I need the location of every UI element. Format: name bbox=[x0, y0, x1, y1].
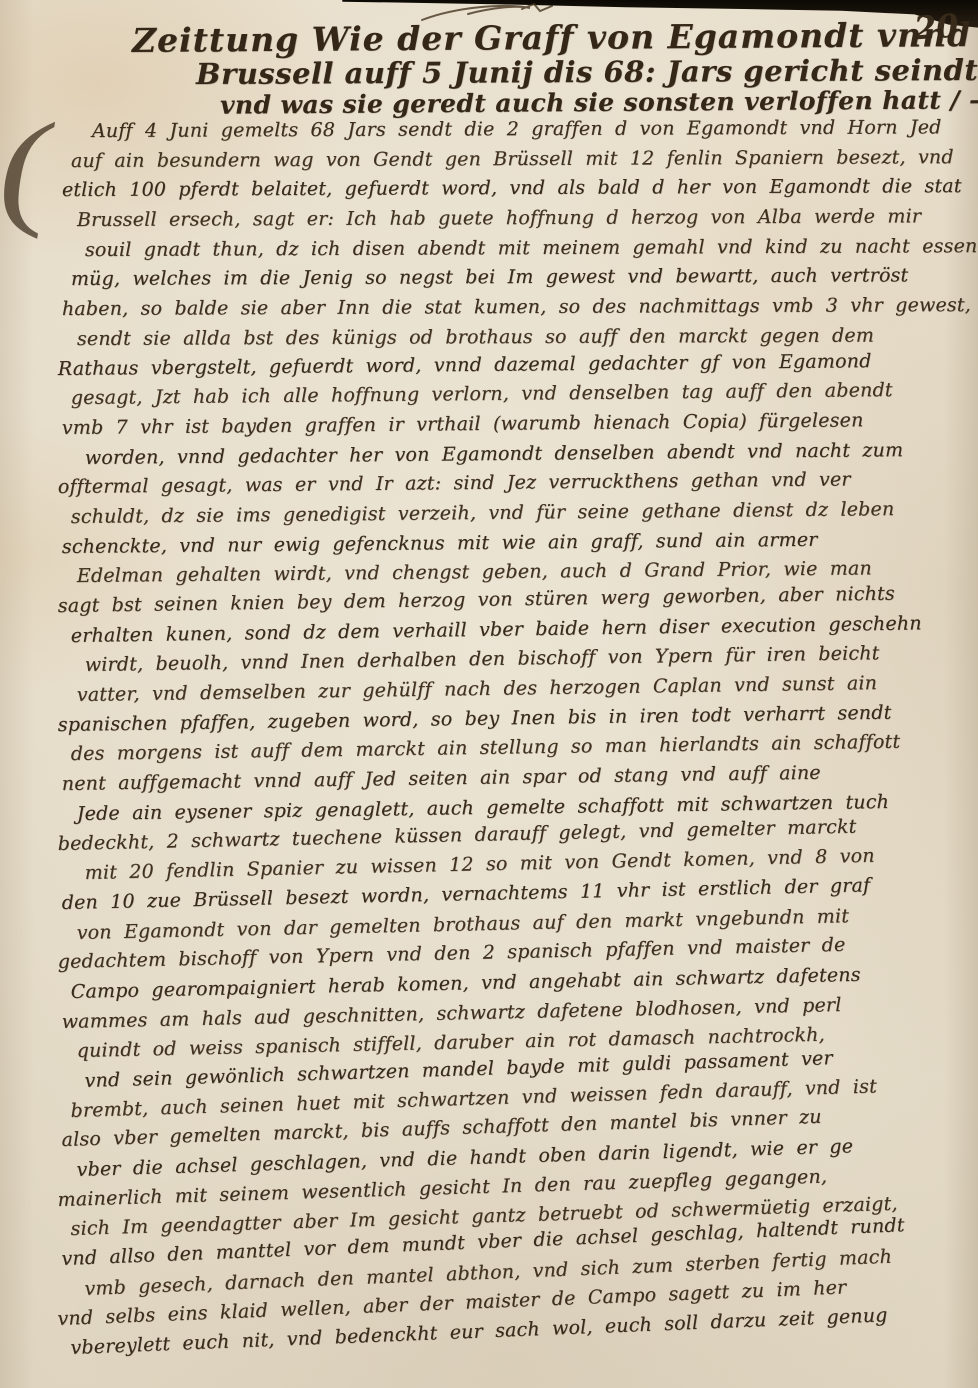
heading-line-3: vnd was sie geredt auch sie sonsten verl… bbox=[220, 85, 978, 119]
manuscript-line: etlich 100 pferdt belaitet, gefuerdt wor… bbox=[62, 175, 968, 209]
manuscript-line: souil gnadt thun, dz ich disen abendt mi… bbox=[85, 235, 968, 269]
manuscript-page: 20 Zeittung Wie der Graff von Egamondt v… bbox=[0, 0, 978, 1388]
manuscript-line: Auff 4 Juni gemelts 68 Jars sendt die 2 … bbox=[92, 116, 968, 150]
heading: Zeittung Wie der Graff von Egamondt vnnd… bbox=[0, 18, 978, 117]
manuscript-line: müg, welches im die Jenig so negst bei I… bbox=[71, 265, 968, 299]
opening-bracket-flourish: ( bbox=[0, 95, 55, 244]
manuscript-line: Brussell ersech, sagt er: Ich hab guete … bbox=[77, 205, 968, 239]
manuscript-line: haben, so balde sie aber Inn die stat ku… bbox=[62, 294, 968, 328]
body-text: Auff 4 Juni gemelts 68 Jars sendt die 2 … bbox=[58, 120, 968, 1367]
manuscript-line: auf ain besundern wag von Gendt gen Brüs… bbox=[71, 146, 968, 180]
